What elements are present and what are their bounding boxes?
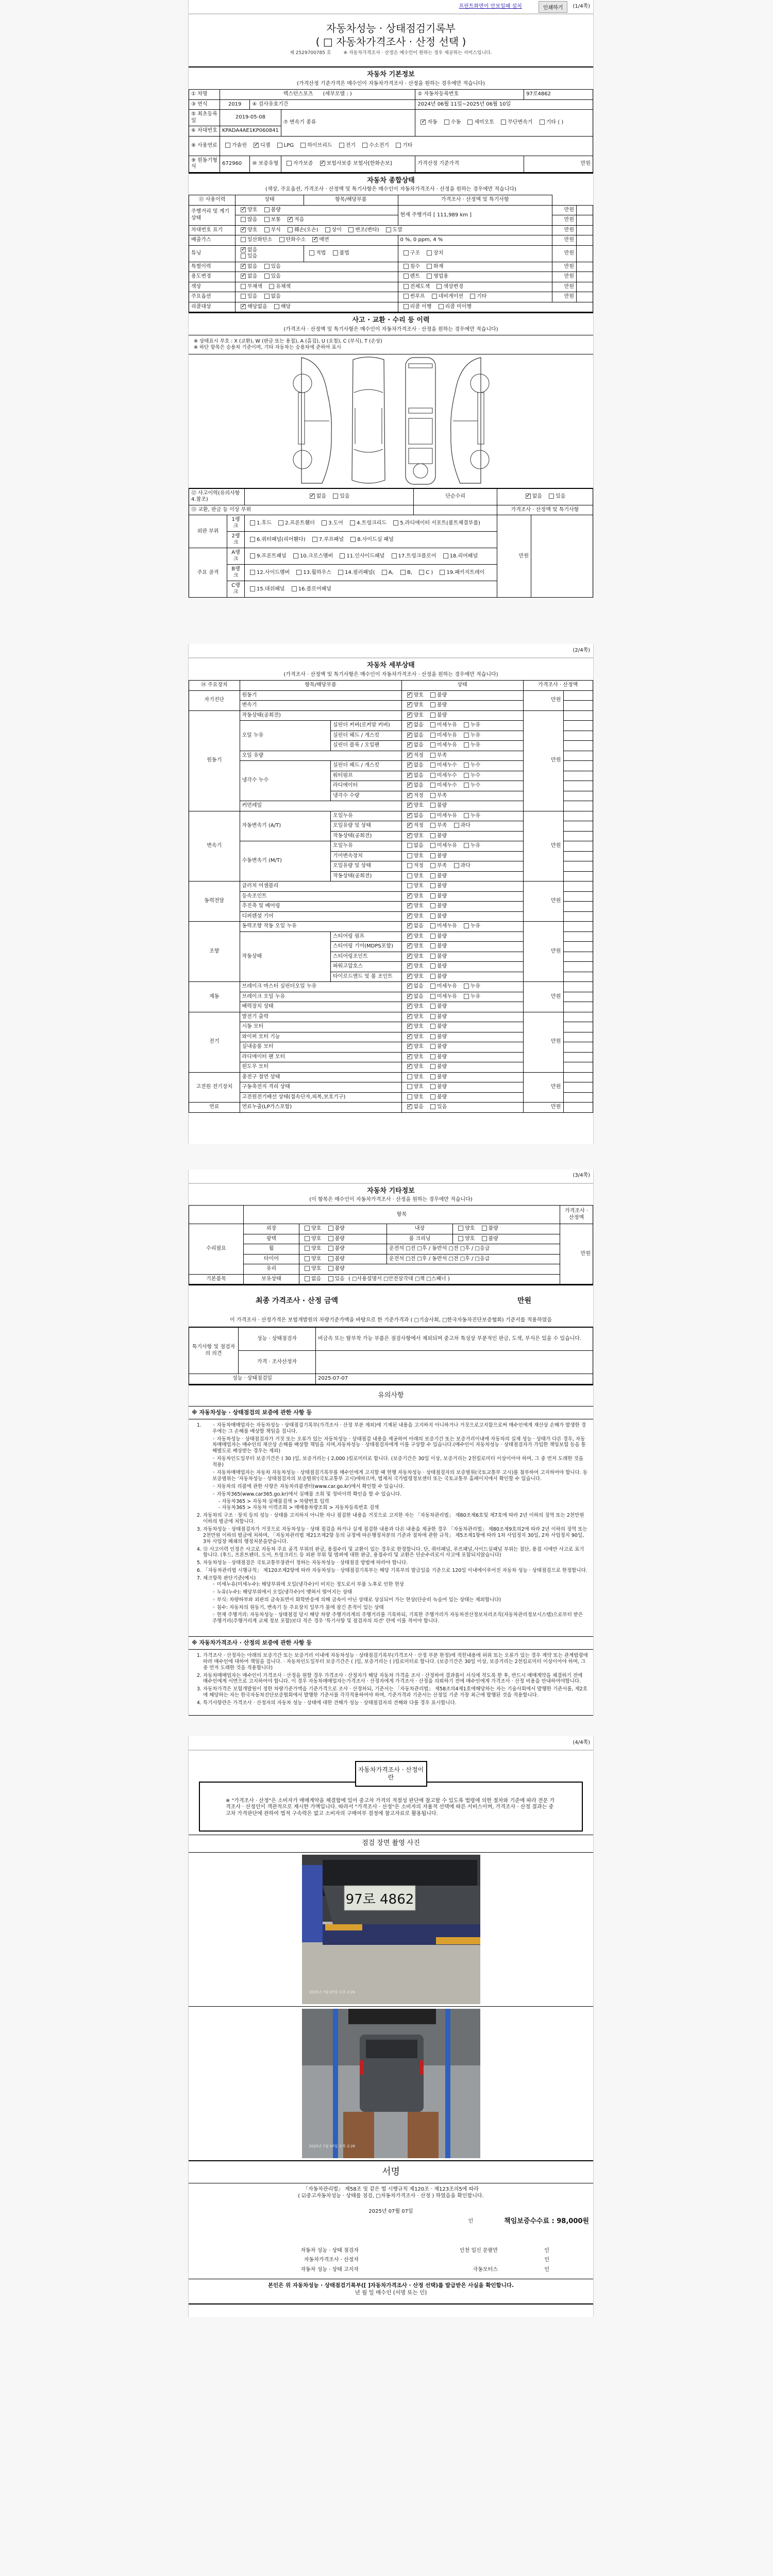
checkbox[interactable] — [540, 120, 545, 125]
checkbox[interactable] — [430, 974, 435, 979]
checkbox[interactable] — [328, 1226, 333, 1231]
status-option: 불량 — [427, 943, 447, 949]
option: 해당없음 — [238, 304, 267, 310]
checkbox[interactable] — [404, 264, 409, 269]
checkbox[interactable] — [396, 143, 401, 148]
checkbox[interactable] — [241, 237, 246, 242]
checkbox[interactable] — [464, 783, 469, 788]
checkbox[interactable] — [430, 733, 435, 738]
checkbox[interactable] — [458, 1236, 463, 1241]
checkbox[interactable] — [407, 984, 412, 989]
checkbox[interactable] — [320, 161, 325, 166]
checkbox[interactable] — [407, 974, 412, 979]
status-option: 양호 — [404, 692, 424, 698]
status-option: 미세누유 — [427, 843, 457, 849]
checkbox[interactable] — [430, 793, 435, 798]
checkbox[interactable] — [421, 120, 426, 125]
checkbox[interactable] — [432, 294, 437, 299]
opinion-table: 특기사항 및 점검자의 의견성능 · 상태점검자비금속 또는 탈부착 가능 부품… — [189, 1327, 593, 1384]
car-damage-diagram — [189, 354, 593, 488]
checkbox[interactable] — [430, 934, 435, 939]
checkbox[interactable] — [241, 304, 246, 309]
price-explain-box: ※ "가격조사 · 산정"은 소비자가 매매계약을 체결함에 있어 중고차 가격… — [199, 1782, 583, 1832]
checkbox[interactable] — [430, 773, 435, 778]
checkbox[interactable] — [264, 207, 270, 212]
detail-row: 변속기자동변속기 (A/T)오일누유없음 미세누유 누유만원 — [189, 811, 593, 821]
checkbox[interactable] — [340, 553, 345, 558]
status-option: 불량 — [427, 1054, 447, 1060]
checkbox[interactable] — [287, 161, 292, 166]
checkbox[interactable] — [309, 250, 314, 256]
checkbox[interactable] — [328, 1276, 333, 1281]
option: 있음 — [238, 294, 257, 299]
checkbox[interactable] — [430, 1044, 435, 1049]
part-option: 17.트렁크플로어 — [389, 553, 436, 559]
checkbox[interactable] — [430, 1014, 435, 1019]
status-option: 양호 — [404, 702, 424, 708]
checkbox[interactable] — [430, 984, 435, 989]
checkbox[interactable] — [322, 520, 327, 526]
status-option: 누유 — [461, 923, 480, 929]
option: 불량 — [325, 1266, 345, 1272]
status-option: 부족 — [427, 753, 447, 758]
inspection-photo-rear: 2025년 7월 07일 오후 2:26 — [302, 2009, 480, 2158]
checkbox[interactable] — [241, 227, 246, 232]
checkbox[interactable] — [338, 570, 343, 575]
checkbox[interactable] — [278, 520, 283, 526]
checkbox[interactable] — [393, 520, 398, 526]
detail-row: 원동기작동상태(공회전)양호 불량만원 — [189, 710, 593, 721]
checkbox[interactable] — [225, 143, 230, 148]
checkbox[interactable] — [430, 923, 435, 928]
checkbox[interactable] — [467, 120, 473, 125]
checkbox[interactable] — [407, 813, 412, 818]
checkbox[interactable] — [407, 833, 412, 838]
checkbox[interactable] — [350, 537, 356, 542]
status-option: 누유 — [461, 813, 480, 819]
checkbox[interactable] — [269, 284, 274, 289]
checkbox[interactable] — [458, 1226, 463, 1231]
checkbox[interactable] — [350, 520, 355, 526]
detail-row: 동력전달클러치 어셈블리양호 불량만원 — [189, 882, 593, 892]
caution-section: 유의사항 ※ 자동차성능 · 상태점검의 보증에 관한 사항 등 자동차매매업자… — [189, 1384, 593, 1716]
checkbox[interactable] — [407, 863, 412, 868]
checkbox[interactable] — [250, 570, 255, 575]
checkbox[interactable] — [464, 923, 469, 928]
checkbox[interactable] — [427, 274, 432, 279]
checkbox[interactable] — [430, 1074, 435, 1079]
overall-row: 색상무채색 유채색전체도색 색상변경만원 — [189, 282, 593, 292]
checkbox[interactable] — [407, 893, 412, 899]
status-option: 불량 — [427, 1084, 447, 1090]
checkbox[interactable] — [407, 742, 412, 748]
option: 양호 — [238, 207, 257, 213]
checkbox[interactable] — [430, 913, 435, 919]
status-option: 없음 — [404, 843, 424, 849]
status-option: 불량 — [427, 833, 447, 839]
checkbox[interactable] — [470, 294, 475, 299]
checkbox[interactable] — [444, 120, 449, 125]
checkbox[interactable] — [407, 883, 412, 888]
checkbox[interactable] — [407, 762, 412, 768]
checkbox[interactable] — [333, 250, 338, 256]
checkbox[interactable] — [292, 586, 297, 591]
status-option: 적정 — [404, 823, 424, 828]
checkbox[interactable] — [407, 692, 412, 698]
checkbox[interactable] — [430, 863, 435, 868]
checkbox[interactable] — [430, 803, 435, 808]
status-option: 양호 — [404, 713, 424, 718]
checkbox[interactable] — [430, 853, 435, 858]
checkbox[interactable] — [382, 570, 387, 575]
checkbox[interactable] — [407, 934, 412, 939]
checkbox[interactable] — [310, 494, 315, 499]
status-option: 불량 — [427, 713, 447, 718]
status-option: 양호 — [404, 913, 424, 919]
checkbox[interactable] — [305, 1226, 310, 1231]
checkbox[interactable] — [454, 863, 459, 868]
checkbox[interactable] — [250, 553, 255, 558]
checkbox[interactable] — [264, 274, 270, 279]
status-option: 불량 — [427, 974, 447, 979]
checkbox[interactable] — [430, 823, 435, 828]
checkbox[interactable] — [407, 963, 412, 969]
option: 해당 — [271, 304, 291, 310]
checkbox[interactable] — [392, 553, 397, 558]
signature-title: 서명 — [189, 2160, 593, 2183]
checkbox[interactable] — [407, 853, 412, 858]
checkbox[interactable] — [430, 783, 435, 788]
checkbox[interactable] — [241, 284, 246, 289]
overall-table: ⑪ 사용이력상태항목/해당부품가격조사 · 산정액 및 특기사항 주행거리 및 … — [189, 195, 593, 312]
option: 양호 — [301, 1236, 321, 1242]
checkbox[interactable] — [300, 143, 306, 148]
part-option: A, — [379, 570, 394, 575]
checkbox[interactable] — [407, 1104, 412, 1109]
checkbox[interactable] — [339, 143, 344, 148]
checkbox[interactable] — [241, 207, 246, 212]
checkbox[interactable] — [464, 742, 469, 748]
checkbox[interactable] — [404, 294, 409, 299]
status-option: 양호 — [404, 1054, 424, 1060]
part-option: 7.루프패널 — [309, 537, 344, 543]
checkbox[interactable] — [427, 250, 432, 256]
checkbox[interactable] — [430, 753, 435, 758]
checkbox[interactable] — [407, 1094, 412, 1099]
checkbox[interactable] — [407, 913, 412, 919]
status-option: 양호 — [404, 1064, 424, 1070]
basic-info-table: ① 차명렉스턴스포츠 (세부모델 : )② 자동차등록번호97로4862 ③ 연… — [189, 89, 593, 173]
checkbox[interactable] — [407, 1074, 412, 1079]
checkbox[interactable] — [430, 1094, 435, 1099]
part-option: 5.라디에이터 서포트(볼트체결부품) — [390, 520, 480, 526]
status-option: 양호 — [404, 934, 424, 939]
checkbox[interactable] — [264, 294, 270, 299]
checkbox[interactable] — [443, 553, 448, 558]
status-option: 미세누수 — [427, 773, 457, 778]
option: 보통 — [261, 217, 281, 223]
checkbox[interactable] — [404, 304, 409, 309]
checkbox[interactable] — [430, 883, 435, 888]
checkbox[interactable] — [407, 1084, 412, 1089]
checkbox[interactable] — [430, 843, 435, 848]
status-option: 미세누유 — [427, 994, 457, 999]
checkbox[interactable] — [305, 1256, 310, 1261]
page-4: (4/4쪽) 자동차가격조사 · 산정이란 ※ "가격조사 · 산정"은 소비자… — [188, 1736, 594, 2317]
checkbox[interactable] — [430, 833, 435, 838]
checkbox[interactable] — [430, 692, 435, 698]
checkbox[interactable] — [464, 722, 469, 727]
checkbox[interactable] — [430, 722, 435, 727]
checkbox[interactable] — [407, 1034, 412, 1039]
status-option: 없음 — [404, 742, 424, 748]
checkbox[interactable] — [430, 903, 435, 908]
checkbox[interactable] — [250, 586, 255, 591]
checkbox[interactable] — [464, 984, 469, 989]
option: 불량 — [325, 1256, 345, 1262]
status-option: 부족 — [427, 793, 447, 799]
option: 장치 — [424, 250, 443, 256]
checkbox[interactable] — [407, 753, 412, 758]
part-option: 10.크로스멤버 — [290, 553, 333, 559]
status-option: 양호 — [404, 833, 424, 839]
checkbox[interactable] — [464, 994, 469, 999]
other-table: 항목가격조사 · 산정액 수리필요외장양호 불량내장양호 불량만원 광택양호 불… — [189, 1205, 593, 1284]
price-explain-title: 자동차가격조사 · 산정이란 — [355, 1761, 427, 1787]
print-button[interactable]: 인쇄하기 — [539, 1, 568, 13]
page-3: (3/4쪽) 자동차 기타정보(이 항목은 매수인이 자동차가격조사 · 산정을… — [188, 1170, 594, 1716]
checkbox[interactable] — [430, 994, 435, 999]
checkbox[interactable] — [430, 1084, 435, 1089]
part-option: C ) — [416, 570, 433, 575]
checkbox[interactable] — [482, 1236, 487, 1241]
option: 양호 — [301, 1246, 321, 1251]
status-option: 양호 — [404, 974, 424, 979]
checkbox[interactable] — [241, 217, 246, 222]
checkbox[interactable] — [288, 217, 293, 222]
checkbox[interactable] — [407, 773, 412, 778]
checkbox[interactable] — [439, 304, 444, 309]
detail-row: 연료연료누출(LP가스포함)없음 있음만원 — [189, 1103, 593, 1113]
checkbox[interactable] — [241, 274, 246, 279]
status-option: 불량 — [427, 1074, 447, 1080]
checkbox[interactable] — [277, 143, 282, 148]
option: 색상변경 — [433, 284, 463, 290]
checkbox[interactable] — [430, 1034, 435, 1039]
inspection-date: 2025-07-07 — [316, 1374, 593, 1384]
checkbox[interactable] — [430, 893, 435, 899]
checkbox[interactable] — [407, 733, 412, 738]
checkbox[interactable] — [430, 1054, 435, 1059]
option: 없음 — [238, 247, 257, 253]
checkbox[interactable] — [430, 963, 435, 969]
checkbox[interactable] — [407, 1044, 412, 1049]
checkbox[interactable] — [482, 1226, 487, 1231]
checkbox[interactable] — [407, 803, 412, 808]
status-option: 없음 — [404, 994, 424, 999]
checkbox[interactable] — [328, 1236, 333, 1241]
checkbox[interactable] — [407, 943, 412, 948]
checkbox[interactable] — [254, 143, 259, 148]
checkbox[interactable] — [407, 994, 412, 999]
checkbox[interactable] — [407, 923, 412, 928]
status-option: 양호 — [404, 943, 424, 949]
option: 없음 — [301, 1276, 321, 1282]
status-option: 불량 — [427, 963, 447, 969]
checkbox[interactable] — [430, 1064, 435, 1069]
checkbox[interactable] — [288, 227, 293, 232]
checkbox[interactable] — [549, 494, 554, 499]
checkbox[interactable] — [430, 954, 435, 959]
checkbox[interactable] — [404, 250, 409, 256]
option: 있음 — [238, 253, 257, 259]
option: 많음 — [238, 217, 257, 223]
option: 불량 — [479, 1236, 498, 1242]
checkbox[interactable] — [407, 873, 412, 878]
overall-row: 용도변경없음 있음렌트 영업용만원 — [189, 272, 593, 282]
checkbox[interactable] — [241, 264, 246, 269]
checkbox[interactable] — [464, 843, 469, 848]
checkbox[interactable] — [407, 783, 412, 788]
checkbox[interactable] — [274, 304, 279, 309]
checkbox[interactable] — [407, 1004, 412, 1009]
checkbox[interactable] — [430, 813, 435, 818]
status-option: 없음 — [404, 773, 424, 778]
option: 있음 — [330, 494, 349, 499]
option: 침수 — [400, 264, 420, 269]
checkbox[interactable] — [328, 1266, 333, 1271]
checkbox[interactable] — [430, 713, 435, 718]
checkbox[interactable] — [464, 813, 469, 818]
status-option: 불량 — [427, 883, 447, 889]
checkbox[interactable] — [250, 520, 255, 526]
status-option: 양호 — [404, 903, 424, 909]
option: 양호 — [301, 1256, 321, 1262]
checkbox[interactable] — [404, 274, 409, 279]
checkbox[interactable] — [241, 247, 246, 252]
checkbox[interactable] — [407, 1054, 412, 1059]
checkbox[interactable] — [436, 284, 442, 289]
checkbox[interactable] — [454, 823, 459, 828]
checkbox[interactable] — [328, 1256, 333, 1261]
status-option: 양호 — [404, 1024, 424, 1029]
checkbox[interactable] — [333, 494, 338, 499]
status-option: 부족 — [427, 863, 447, 869]
checkbox[interactable] — [430, 1004, 435, 1009]
checkbox[interactable] — [264, 227, 270, 232]
checkbox[interactable] — [312, 237, 317, 242]
status-option: 없음 — [404, 722, 424, 728]
checkbox[interactable] — [328, 1246, 333, 1251]
checkbox[interactable] — [325, 227, 330, 232]
overall-heading: 자동차 종합상태(색상, 주요옵션, 가격조사 · 산정액 및 특기사항은 매수… — [189, 173, 593, 195]
status-option: 불량 — [427, 702, 447, 708]
checkbox[interactable] — [305, 1246, 310, 1251]
status-option: 양호 — [404, 1004, 424, 1009]
option: 상이 — [322, 227, 342, 233]
checkbox[interactable] — [305, 1236, 310, 1241]
checkbox[interactable] — [404, 284, 409, 289]
checkbox[interactable] — [400, 570, 406, 575]
status-option: 없음 — [404, 923, 424, 929]
checkbox[interactable] — [464, 773, 469, 778]
checkbox[interactable] — [526, 494, 531, 499]
checkbox[interactable] — [250, 537, 255, 542]
checkbox[interactable] — [264, 217, 270, 222]
checkbox[interactable] — [427, 264, 432, 269]
checkbox[interactable] — [293, 553, 298, 558]
checkbox[interactable] — [407, 1064, 412, 1069]
checkbox[interactable] — [407, 823, 412, 828]
transmission-option: 세미오토 — [464, 120, 494, 125]
checkbox[interactable] — [407, 713, 412, 718]
checkbox[interactable] — [407, 793, 412, 798]
accident-heading: 사고 · 교환 · 수리 등 이력(가격조사 · 산정액 및 특기사항은 매수인… — [189, 312, 593, 335]
signer-row: 자동차 성능 · 상태 점검자인천 일신 문팔만인 — [189, 2246, 593, 2256]
checkbox[interactable] — [348, 227, 354, 232]
checkbox[interactable] — [407, 954, 412, 959]
checkbox[interactable] — [464, 733, 469, 738]
option: 불량 — [325, 1226, 345, 1231]
detail-heading: 자동차 세부상태(가격조사 · 산정액 및 특기사항은 매수인이 자동차가격조사… — [189, 658, 593, 680]
checkbox[interactable] — [430, 702, 435, 707]
warranty-option: 자가보증 — [283, 161, 313, 166]
transmission-option: 자동 — [417, 120, 437, 125]
checkbox[interactable] — [407, 702, 412, 707]
status-option: 양호 — [404, 963, 424, 969]
part-option: 12.사이드멤버 — [247, 570, 290, 575]
checkbox[interactable] — [430, 1024, 435, 1029]
checkbox[interactable] — [430, 762, 435, 768]
photo-title: 점검 장면 촬영 사진 — [189, 1835, 593, 1852]
status-option: 양호 — [404, 1094, 424, 1100]
option: 없음 — [238, 274, 257, 279]
checkbox[interactable] — [440, 570, 445, 575]
status-option: 없음 — [404, 762, 424, 768]
checkbox[interactable] — [386, 227, 391, 232]
checkbox[interactable] — [279, 237, 284, 242]
checkbox[interactable] — [430, 1104, 435, 1109]
checkbox[interactable] — [312, 537, 317, 542]
checkbox[interactable] — [464, 762, 469, 768]
checkbox[interactable] — [305, 1276, 310, 1281]
checkbox[interactable] — [407, 1024, 412, 1029]
checkbox[interactable] — [407, 843, 412, 848]
checkbox[interactable] — [407, 722, 412, 727]
checkbox[interactable] — [241, 253, 246, 259]
part-option: 1.후드 — [247, 520, 272, 526]
checkbox[interactable] — [264, 264, 270, 269]
checkbox[interactable] — [407, 1014, 412, 1019]
checkbox[interactable] — [430, 943, 435, 948]
checkbox[interactable] — [241, 294, 246, 299]
checkbox[interactable] — [419, 570, 424, 575]
status-option: 미세누유 — [427, 984, 457, 989]
car-name: 렉스턴스포츠 — [283, 91, 313, 97]
warranty-option: 보험사보증 보험사[한화손보] — [317, 161, 392, 166]
install-link[interactable]: 프린트화면이 안보일때 설치 — [459, 4, 522, 10]
checkbox[interactable] — [430, 742, 435, 748]
warranty-fee: 책임보증수수료 : 98,000원 — [504, 2217, 589, 2226]
checkbox[interactable] — [430, 873, 435, 878]
checkbox[interactable] — [296, 570, 301, 575]
checkbox[interactable] — [362, 143, 367, 148]
checkbox[interactable] — [407, 903, 412, 908]
checkbox[interactable] — [501, 120, 506, 125]
option: 불량 — [325, 1236, 345, 1242]
status-option: 미세누유 — [427, 722, 457, 728]
checkbox[interactable] — [305, 1266, 310, 1271]
